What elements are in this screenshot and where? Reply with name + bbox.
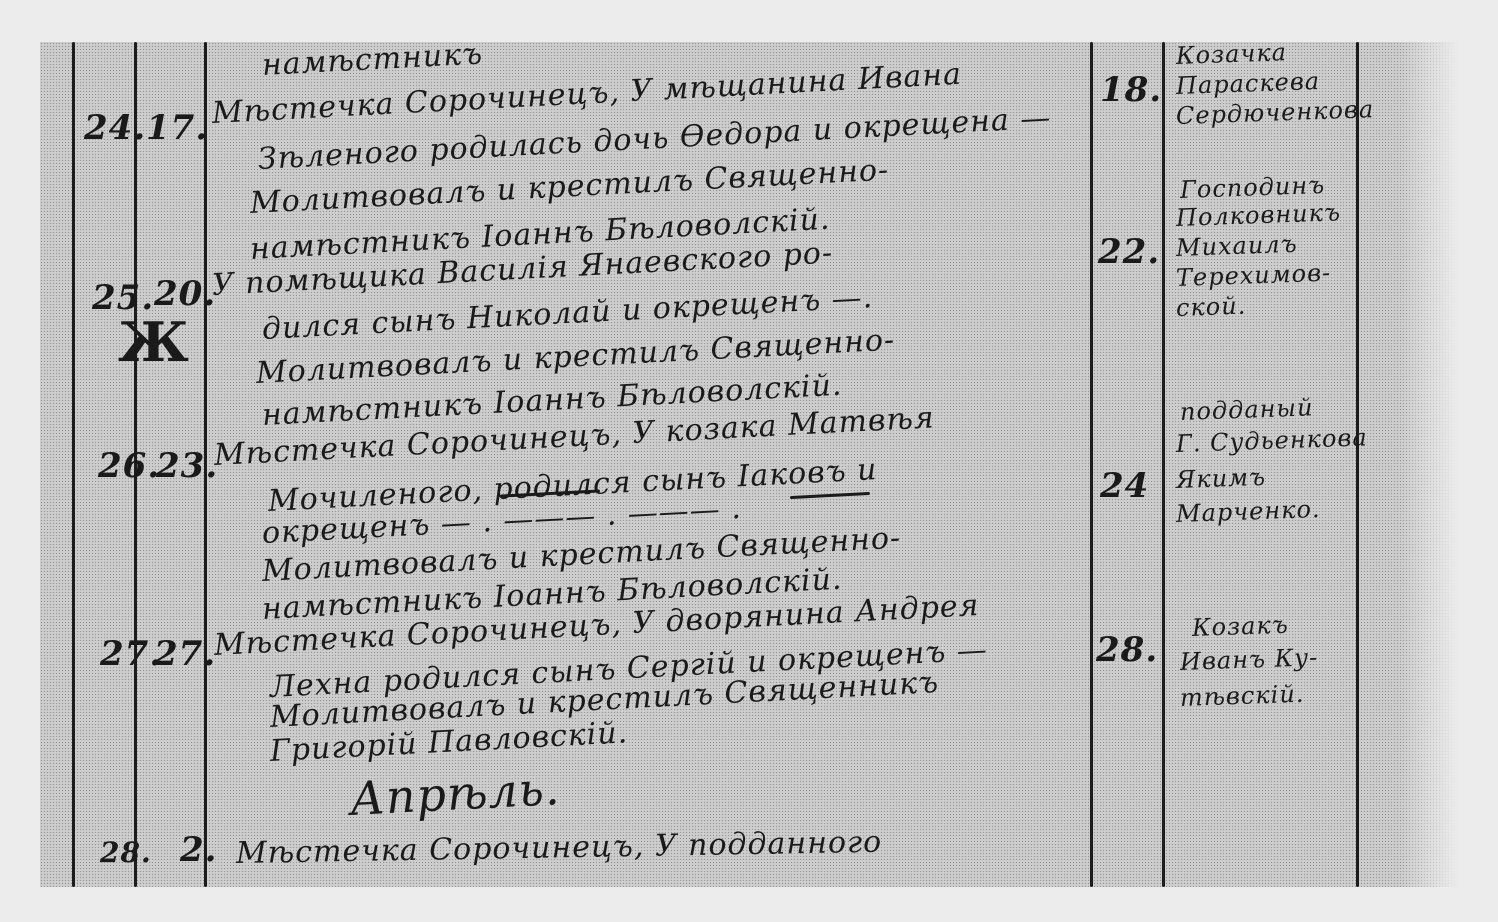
- godparent-line: Козакъ: [1192, 611, 1290, 642]
- entry-day: 20.: [154, 274, 216, 314]
- column-rule-right: [1356, 42, 1359, 887]
- godparent-line: Параскева: [1176, 67, 1321, 100]
- godparent-line: Марченко.: [1176, 495, 1321, 528]
- godparent-line: ской.: [1176, 292, 1247, 322]
- godparent-line: Терехимов-: [1176, 259, 1332, 292]
- godparent-line: тѣвскій.: [1180, 680, 1305, 712]
- godparent-line: Козачка: [1176, 38, 1288, 70]
- baptism-day: 22.: [1098, 232, 1160, 272]
- entry-number: 28.: [100, 836, 152, 869]
- entry-day: 17.: [146, 108, 208, 148]
- godparent-line: Михаилъ: [1176, 230, 1299, 262]
- entry-number: 26.: [98, 446, 160, 486]
- entry-day: 23.: [156, 446, 218, 486]
- column-rule-record-baptism: [1090, 42, 1093, 887]
- entry-day: 27.: [154, 634, 216, 674]
- baptism-day: 18.: [1100, 70, 1162, 110]
- column-rule-baptism-godparents: [1162, 42, 1165, 887]
- page-edge-fade: [1400, 42, 1470, 887]
- godparent-line: Полковникъ: [1176, 198, 1342, 232]
- godparent-line: Якимъ: [1176, 463, 1267, 494]
- month-heading: Апрѣль.: [349, 761, 562, 826]
- godparent-line: подданый: [1180, 393, 1314, 426]
- entry-number: 27.: [100, 634, 162, 674]
- godparent-line: Иванъ Ку-: [1180, 643, 1319, 676]
- entry-day: 2.: [180, 830, 218, 870]
- marginal-mark: Ж: [118, 310, 190, 374]
- baptism-day: 28.: [1096, 630, 1158, 670]
- column-rule-left: [72, 42, 75, 887]
- entry-number: 24.: [84, 108, 146, 148]
- baptism-day: 24: [1100, 466, 1149, 506]
